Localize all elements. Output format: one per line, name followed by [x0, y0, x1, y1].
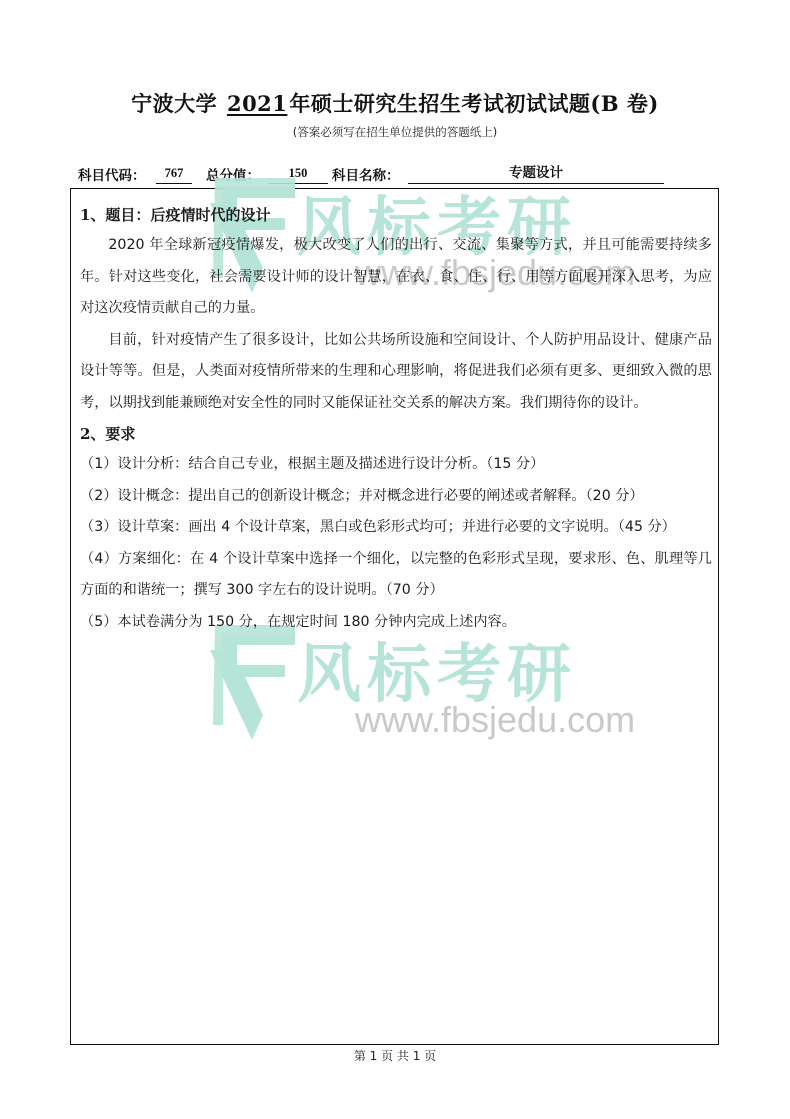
- title-suffix: 年硕士研究生招生考试初试试题(B 卷): [289, 91, 658, 116]
- requirement-item-3: （3）设计草案：画出 4 个设计草案，黑白或色彩形式均可；并进行必要的文字说明。…: [80, 512, 712, 544]
- total-score-label: 总分值：: [206, 164, 260, 184]
- section1-paragraph-2: 目前，针对疫情产生了很多设计，比如公共场所设施和空间设计、个人防护用品设计、健康…: [80, 325, 712, 420]
- question-content: 1、题目：后疫情时代的设计 2020 年全球新冠疫情爆发，极大改变了人们的出行、…: [80, 200, 712, 638]
- subject-name-label: 科目名称：: [332, 164, 400, 184]
- requirement-item-5: （5）本试卷满分为 150 分，在规定时间 180 分钟内完成上述内容。: [80, 607, 712, 639]
- requirement-item-4: （4）方案细化：在 4 个设计草案中选择一个细化，以完整的色彩形式呈现，要求形、…: [80, 544, 712, 607]
- section1-paragraph-1: 2020 年全球新冠疫情爆发，极大改变了人们的出行、交流、集聚等方式，并且可能需…: [80, 230, 712, 325]
- exam-title: 宁波大学 2021年硕士研究生招生考试初试试题(B 卷): [0, 88, 790, 118]
- requirement-item-1: （1）设计分析：结合自己专业，根据主题及描述进行设计分析。（15 分）: [80, 449, 712, 481]
- subject-code-value: 767: [156, 164, 192, 184]
- section2-heading: 2、要求: [80, 419, 712, 449]
- page-number: 第 1 页 共 1 页: [0, 1047, 790, 1064]
- subject-name-value: 专题设计: [408, 164, 664, 184]
- exam-subtitle: (答案必须写在招生单位提供的答题纸上): [0, 124, 790, 140]
- section1-heading: 1、题目：后疫情时代的设计: [80, 200, 712, 230]
- total-score-value: 150: [268, 164, 328, 184]
- title-year: 2021: [225, 91, 289, 116]
- title-school: 宁波大学: [131, 91, 217, 116]
- requirement-item-2: （2）设计概念：提出自己的创新设计概念；并对概念进行必要的阐述或者解释。（20 …: [80, 481, 712, 513]
- subject-code-label: 科目代码：: [78, 164, 146, 184]
